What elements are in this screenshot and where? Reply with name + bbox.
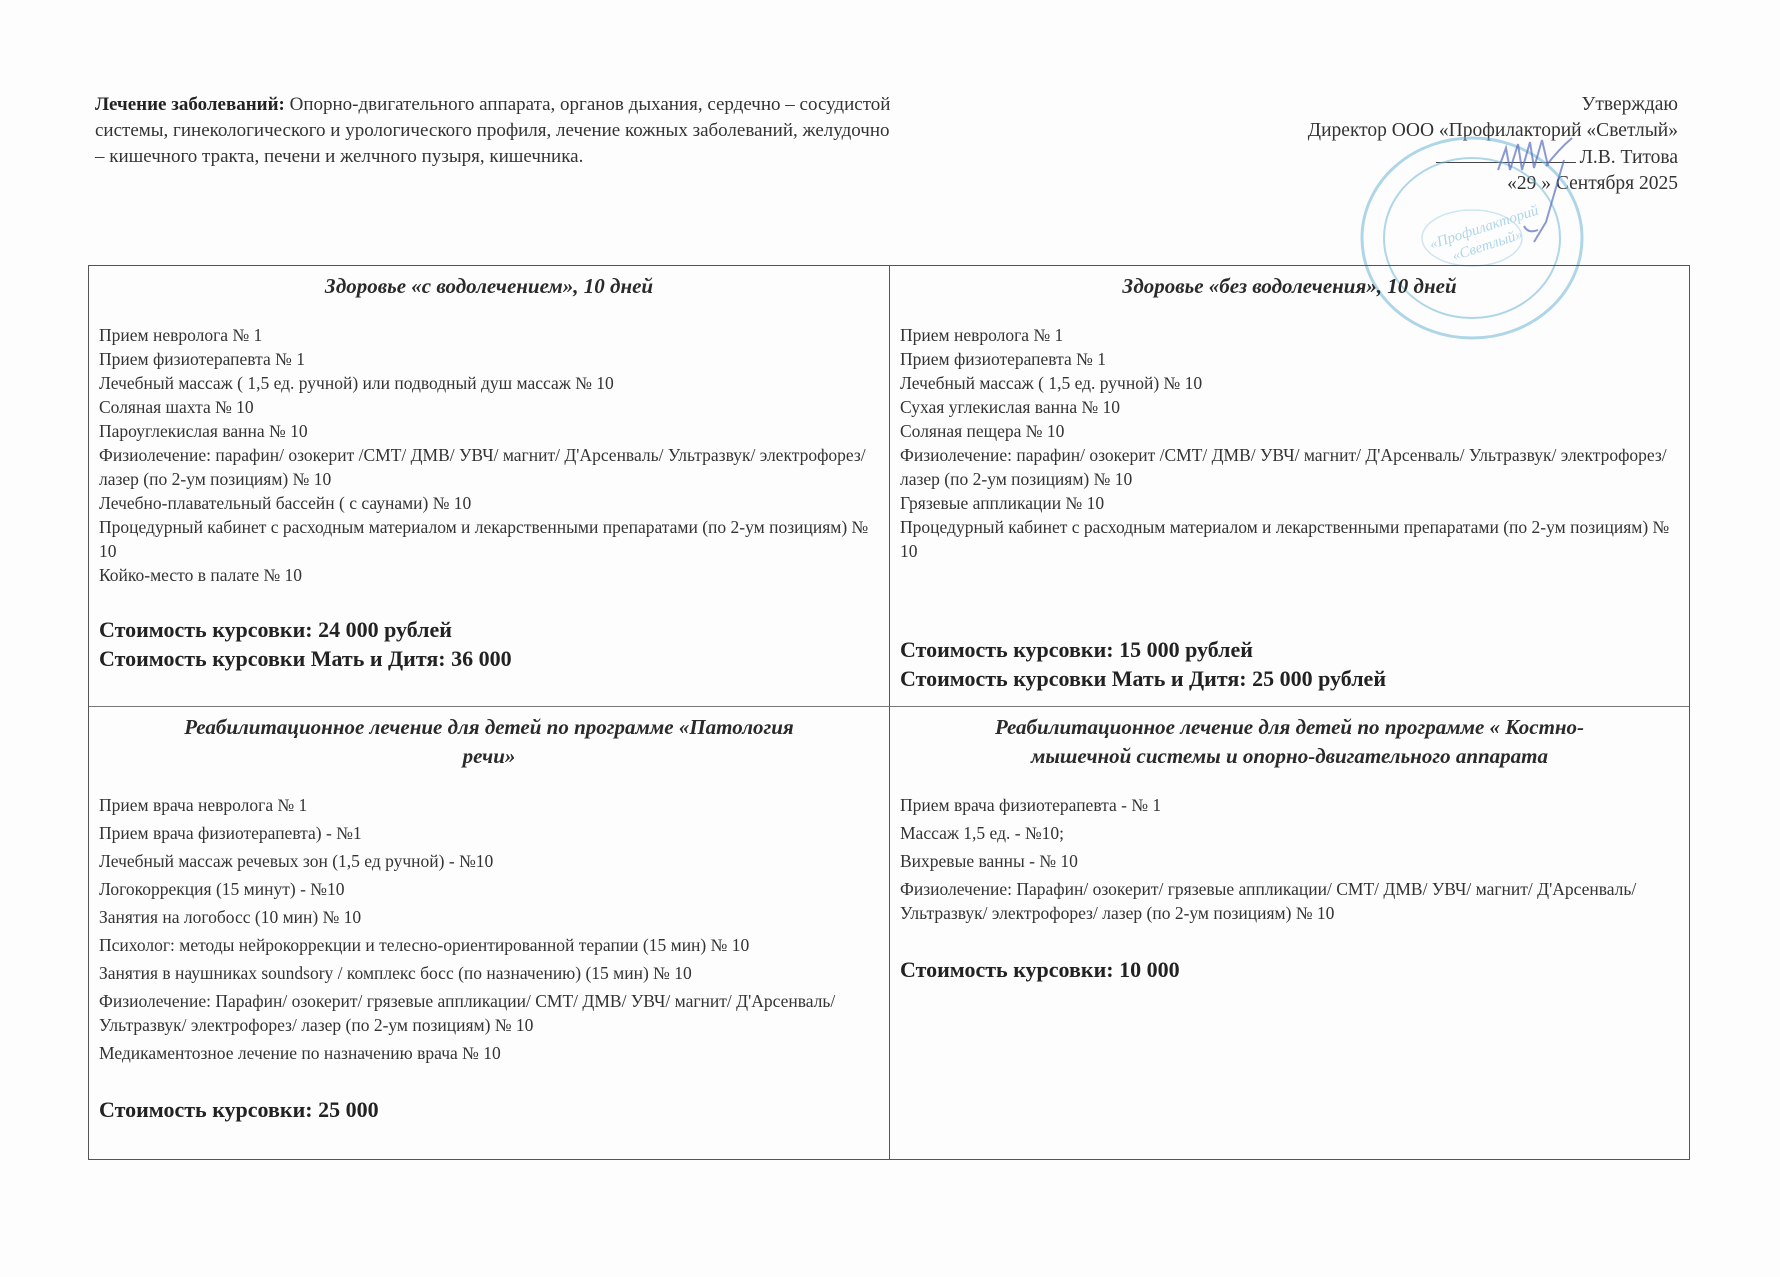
program-items: Прием врача невролога № 1Прием врача физ… [99, 793, 879, 1065]
procedure-item: Процедурный кабинет с расходным материал… [900, 515, 1679, 563]
intro-lead: Лечение заболеваний: [95, 94, 285, 115]
approval-date: «29 » Сентября 2025 [1158, 171, 1678, 197]
program-prices: Стоимость курсовки: 10 000 [900, 955, 1679, 984]
procedure-item: Соляная шахта № 10 [99, 395, 879, 419]
procedure-item: Прием физиотерапевта № 1 [99, 347, 879, 371]
procedure-item: Прием невролога № 1 [900, 323, 1679, 347]
course-price: Стоимость курсовки: 10 000 [900, 955, 1679, 984]
procedure-item: Соляная пещера № 10 [900, 419, 1679, 443]
procedure-item: Медикаментозное лечение по назначению вр… [99, 1041, 879, 1065]
approval-heading: Утверждаю [1158, 92, 1678, 118]
svg-text:«Светлый»: «Светлый» [1450, 227, 1524, 265]
program-prices: Стоимость курсовки: 24 000 рублейСтоимос… [99, 615, 879, 673]
program-items: Прием невролога № 1Прием физиотерапевта … [900, 323, 1679, 563]
approval-signatory: Л.В. Титова [1580, 147, 1678, 168]
approval-block: Утверждаю Директор ООО «Профилакторий «С… [1158, 92, 1678, 197]
program-cell: Здоровье «с водолечением», 10 дней Прием… [89, 266, 890, 707]
procedure-item: Лечебный массаж речевых зон (1,5 ед ручн… [99, 849, 879, 873]
program-title: Здоровье «с водолечением», 10 дней [99, 272, 879, 301]
procedure-item: Вихревые ванны - № 10 [900, 849, 1679, 873]
course-price: Стоимость курсовки Мать и Дитя: 25 000 р… [900, 664, 1679, 693]
program-title: Реабилитационное лечение для детей по пр… [900, 713, 1679, 771]
procedure-item: Процедурный кабинет с расходным материал… [99, 515, 879, 563]
approval-signatory-line: Л.В. Титова [1158, 144, 1678, 171]
program-cell: Реабилитационное лечение для детей по пр… [890, 707, 1689, 1159]
diseases-intro: Лечение заболеваний: Опорно-двигательног… [95, 92, 895, 170]
program-cell: Здоровье «без водолечения», 10 дней Прие… [890, 266, 1689, 707]
procedure-item: Лечебно-плавательный бассейн ( с саунами… [99, 491, 879, 515]
procedure-item: Занятия в наушниках soundsory / комплекс… [99, 961, 879, 985]
procedure-item: Физиолечение: парафин/ озокерит /СМТ/ ДМ… [900, 443, 1679, 491]
program-items: Прием невролога № 1Прием физиотерапевта … [99, 323, 879, 587]
program-prices: Стоимость курсовки: 25 000 [99, 1095, 879, 1124]
procedure-item: Логокоррекция (15 минут) - №10 [99, 877, 879, 901]
course-price: Стоимость курсовки: 24 000 рублей [99, 615, 879, 644]
procedure-item: Сухая углекислая ванна № 10 [900, 395, 1679, 419]
course-price: Стоимость курсовки Мать и Дитя: 36 000 [99, 644, 879, 673]
svg-text:«Профилакторий: «Профилакторий [1428, 202, 1541, 252]
program-prices: Стоимость курсовки: 15 000 рублейСтоимос… [900, 635, 1679, 693]
program-cell: Реабилитационное лечение для детей по пр… [89, 707, 890, 1159]
procedure-item: Массаж 1,5 ед. - №10; [900, 821, 1679, 845]
course-price: Стоимость курсовки: 25 000 [99, 1095, 879, 1124]
course-price: Стоимость курсовки: 15 000 рублей [900, 635, 1679, 664]
procedure-item: Лечебный массаж ( 1,5 ед. ручной) или по… [99, 371, 879, 395]
approval-position: Директор ООО «Профилакторий «Светлый» [1158, 118, 1678, 144]
procedure-item: Прием врача невролога № 1 [99, 793, 879, 817]
procedure-item: Прием врача физиотерапевта - № 1 [900, 793, 1679, 817]
procedure-item: Пароуглекислая ванна № 10 [99, 419, 879, 443]
procedure-item: Физиолечение: Парафин/ озокерит/ грязевы… [99, 989, 879, 1037]
procedure-item: Психолог: методы нейрокоррекции и телесн… [99, 933, 879, 957]
procedure-item: Прием врача физиотерапевта) - №1 [99, 821, 879, 845]
program-title: Реабилитационное лечение для детей по пр… [99, 713, 879, 771]
procedure-item: Лечебный массаж ( 1,5 ед. ручной) № 10 [900, 371, 1679, 395]
procedure-item: Койко-место в палате № 10 [99, 563, 879, 587]
procedure-item: Занятия на логобосс (10 мин) № 10 [99, 905, 879, 929]
procedure-item: Прием физиотерапевта № 1 [900, 347, 1679, 371]
procedure-item: Физиолечение: Парафин/ озокерит/ грязевы… [900, 877, 1679, 925]
procedure-item: Грязевые аппликации № 10 [900, 491, 1679, 515]
programs-table: Здоровье «с водолечением», 10 дней Прием… [88, 265, 1690, 1160]
signature-line [1436, 144, 1576, 163]
procedure-item: Физиолечение: парафин/ озокерит /СМТ/ ДМ… [99, 443, 879, 491]
program-items: Прием врача физиотерапевта - № 1Массаж 1… [900, 793, 1679, 925]
program-title: Здоровье «без водолечения», 10 дней [900, 272, 1679, 301]
procedure-item: Прием невролога № 1 [99, 323, 879, 347]
